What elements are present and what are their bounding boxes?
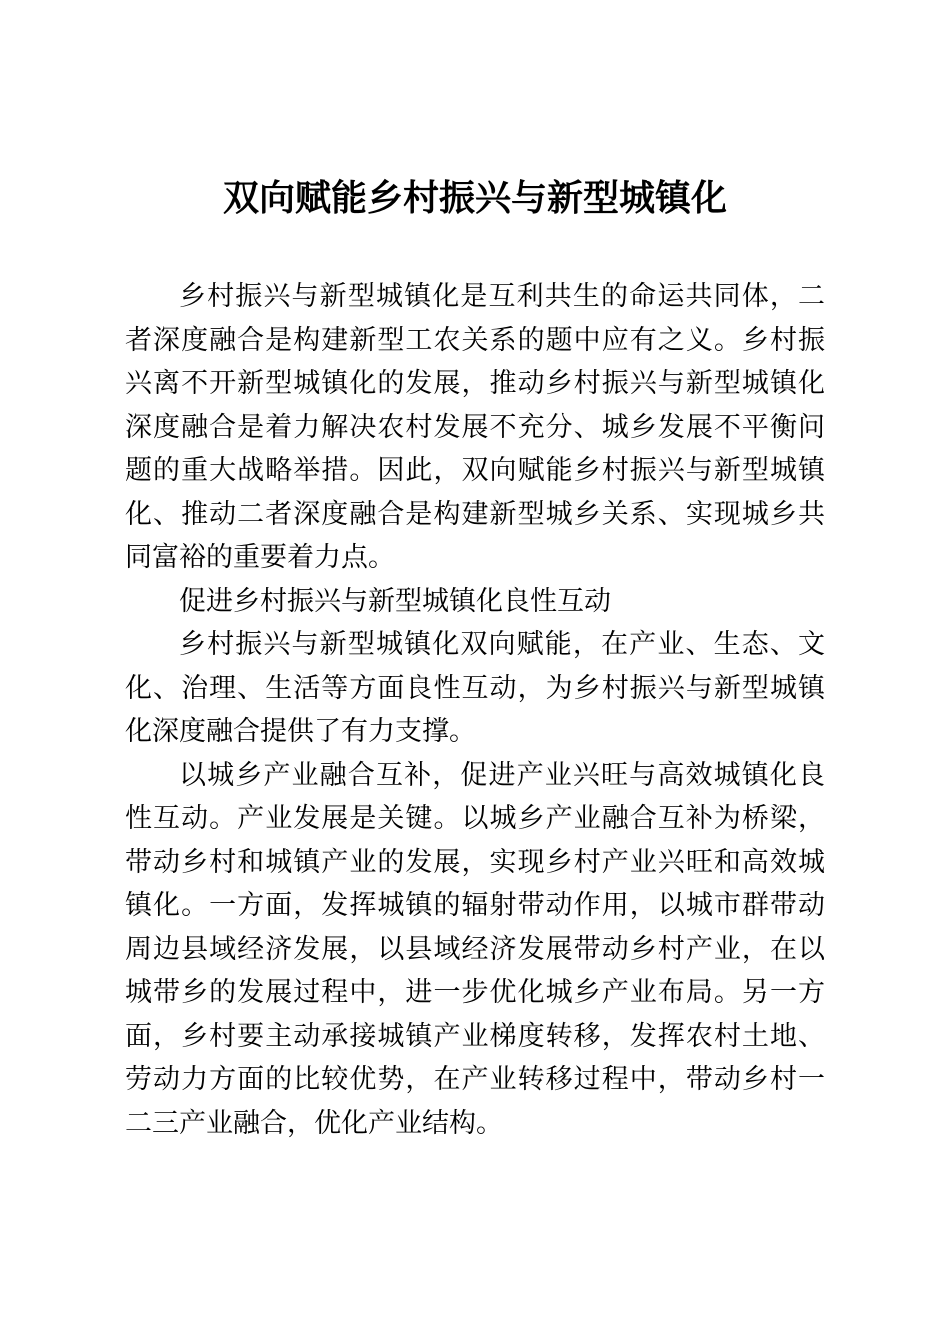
document-page: 双向赋能乡村振兴与新型城镇化 乡村振兴与新型城镇化是互利共生的命运共同体，二者深… [0,0,950,1344]
paragraph-benign-interaction: 乡村振兴与新型城镇化双向赋能，在产业、生态、文化、治理、生活等方面良性互动，为乡… [125,623,825,754]
paragraph-industry-integration: 以城乡产业融合互补，促进产业兴旺与高效城镇化良性互动。产业发展是关键。以城乡产业… [125,754,825,1146]
document-title: 双向赋能乡村振兴与新型城镇化 [125,176,825,220]
paragraph-intro: 乡村振兴与新型城镇化是互利共生的命运共同体，二者深度融合是构建新型工农关系的题中… [125,275,825,580]
section-heading: 促进乡村振兴与新型城镇化良性互动 [125,580,825,624]
